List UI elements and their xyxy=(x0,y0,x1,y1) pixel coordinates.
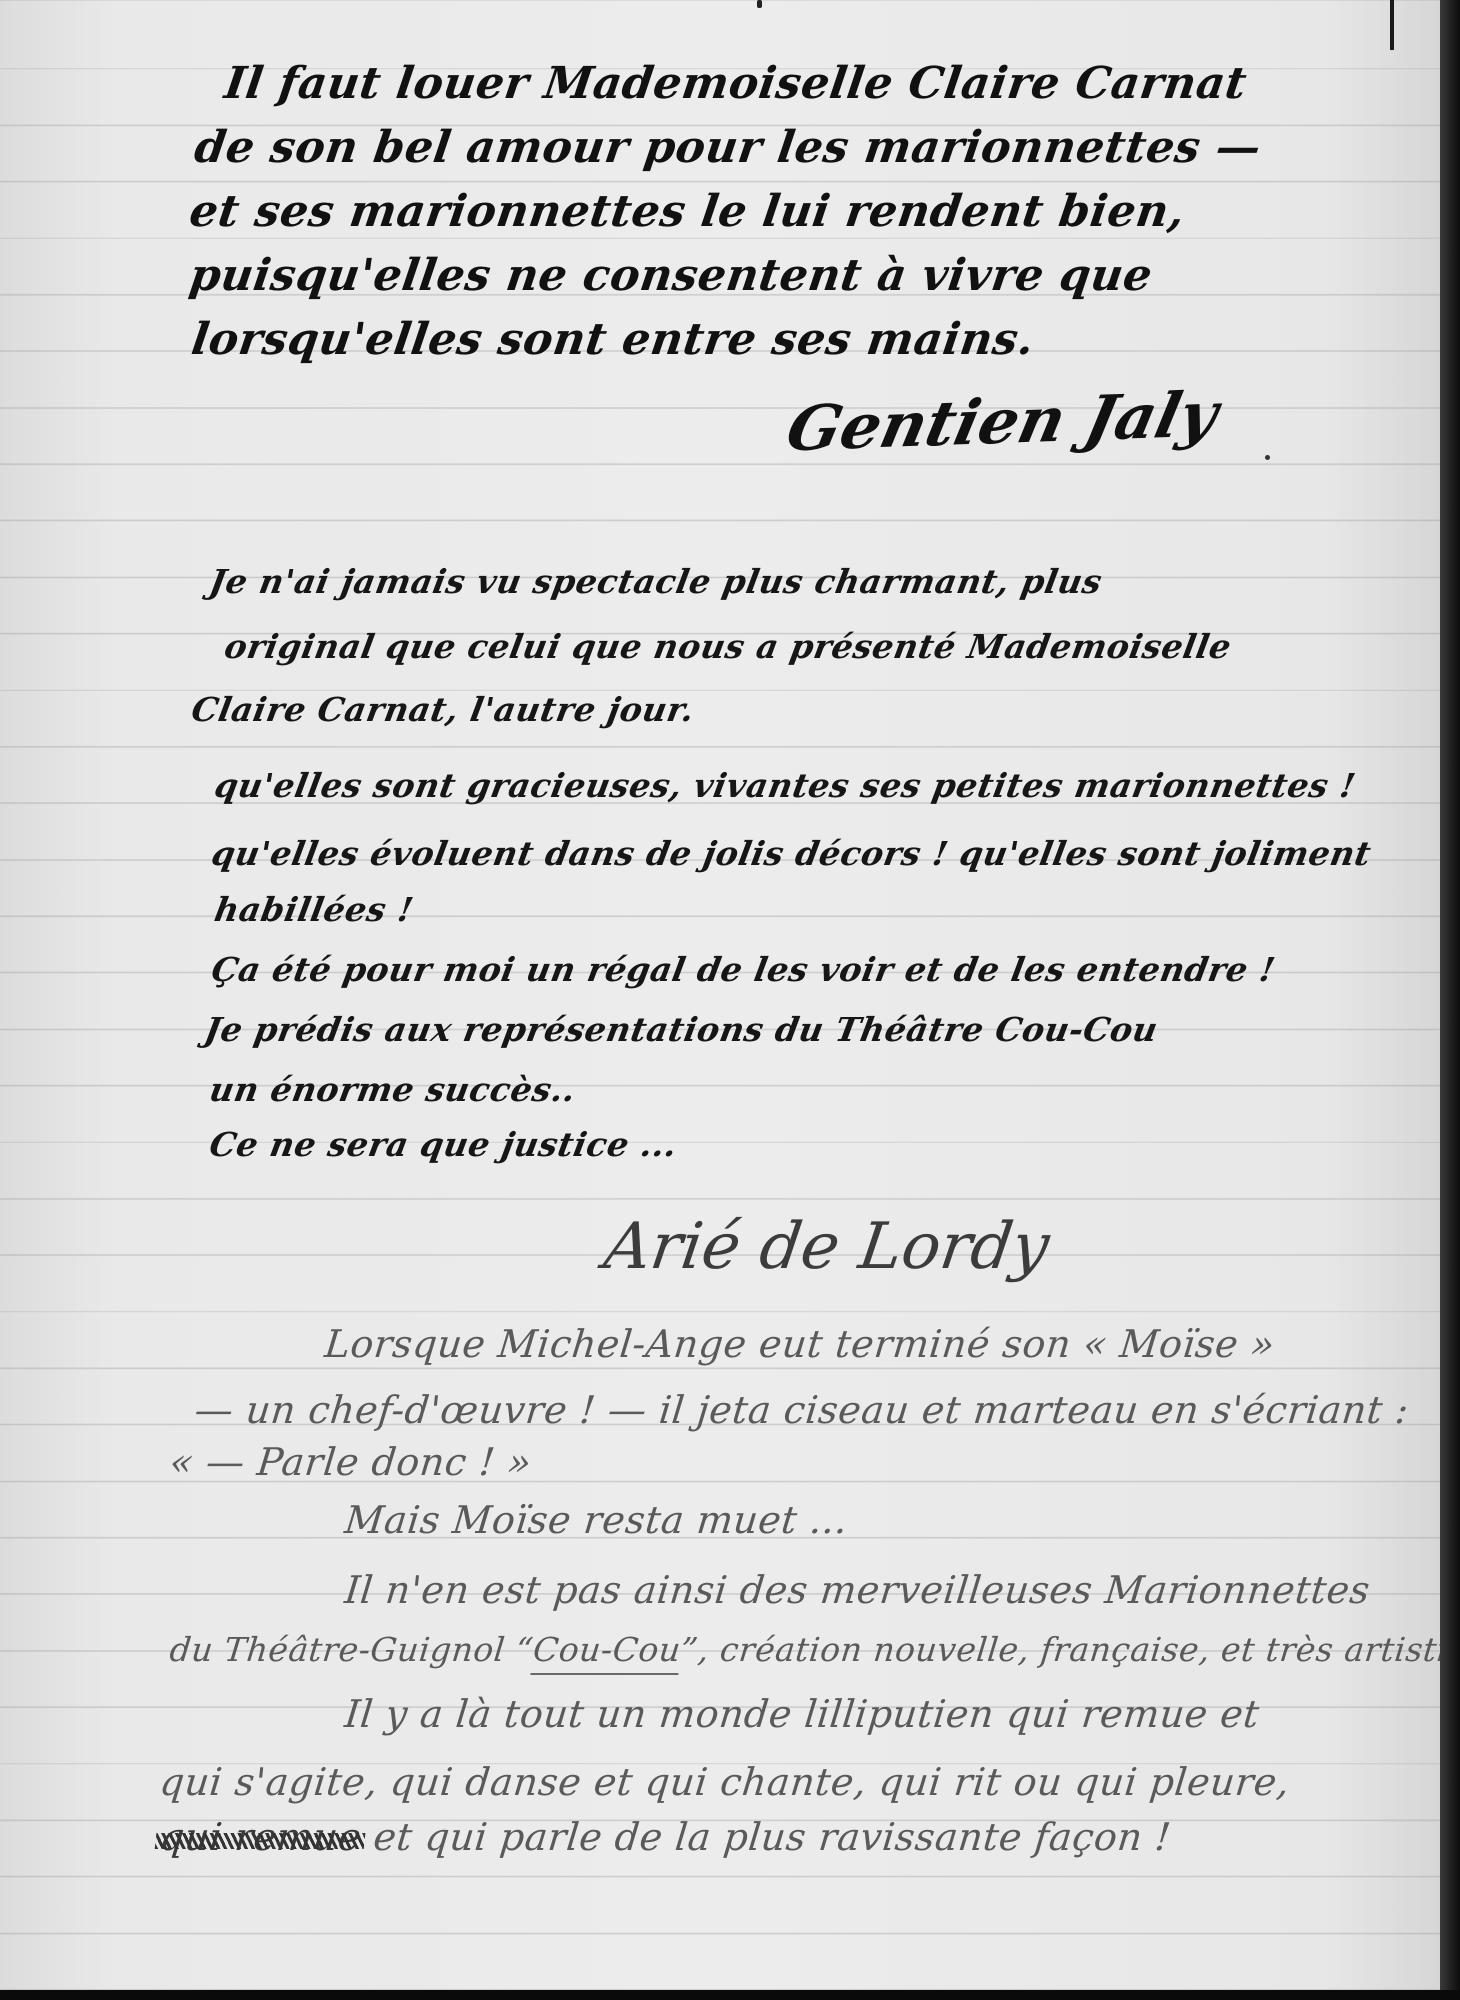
line6-suffix: ”, création nouvelle, française, et très… xyxy=(679,1630,1440,1669)
entry1-signature: Gentien Jaly xyxy=(780,378,1224,466)
entry2-line-4: qu'elles sont gracieuses, vivantes ses p… xyxy=(212,766,1359,805)
crossed-out-text: qui remue xyxy=(158,1815,364,1859)
entry2-line-1: Je n'ai jamais vu spectacle plus charman… xyxy=(207,562,1106,601)
entry2-line-6: habillées ! xyxy=(212,890,417,929)
entry1-line-2: de son bel amour pour les marionnettes — xyxy=(191,122,1264,173)
entry1-line-5: lorsqu'elles sont entre ses mains. xyxy=(188,314,1037,365)
entry3-line-9: qui remue et qui parle de la plus raviss… xyxy=(158,1815,1174,1859)
entry3-line-3: « — Parle donc ! » xyxy=(168,1440,534,1484)
entry2-line-3: Claire Carnat, l'autre jour. xyxy=(189,690,698,729)
ink-mark-top xyxy=(757,0,762,8)
entry2-line-10: Ce ne sera que justice ... xyxy=(207,1125,681,1164)
line9-rest: et qui parle de la plus ravissante façon… xyxy=(359,1815,1173,1859)
entry2-signature: Arié de Lordy xyxy=(600,1210,1054,1284)
ink-stroke-top-right xyxy=(1390,0,1394,50)
line6-prefix: du Théâtre-Guignol “ xyxy=(168,1630,535,1669)
entry2-line-2: original que celui que nous a présenté M… xyxy=(222,627,1235,666)
entry3-line-8: qui s'agite, qui danse et qui chante, qu… xyxy=(158,1760,1292,1804)
underlined-cou-cou: Cou-Cou xyxy=(531,1630,683,1675)
entry1-line-1: Il faut louer Mademoiselle Claire Carnat xyxy=(221,58,1249,109)
entry3-line-2: — un chef-d'œuvre ! — il jeta ciseau et … xyxy=(193,1388,1411,1432)
scan-border-right xyxy=(1440,0,1460,2000)
entry2-line-9: un énorme succès.. xyxy=(207,1070,579,1109)
entry2-line-8: Je prédis aux représentations du Théâtre… xyxy=(202,1010,1161,1049)
entry3-line-4: Mais Moïse resta muet ... xyxy=(343,1498,850,1542)
entry1-line-4: puisqu'elles ne consentent à vivre que xyxy=(186,250,1155,301)
ink-dot xyxy=(1265,455,1270,460)
entry2-line-5: qu'elles évoluent dans de jolis décors !… xyxy=(209,834,1375,873)
entry3-line-1: Lorsque Michel-Ange eut terminé son « Mo… xyxy=(323,1322,1277,1366)
scan-border-bottom xyxy=(0,1990,1460,2000)
manuscript-page: Il faut louer Mademoiselle Claire Carnat… xyxy=(0,0,1440,1990)
entry2-line-7: Ça été pour moi un régal de les voir et … xyxy=(209,950,1279,989)
entry3-line-5: Il n'en est pas ainsi des merveilleuses … xyxy=(343,1568,1372,1612)
entry3-line-6: du Théâtre-Guignol “Cou-Cou”, création n… xyxy=(168,1630,1440,1669)
entry1-line-3: et ses marionnettes le lui rendent bien, xyxy=(186,186,1188,237)
entry3-line-7: Il y a là tout un monde lilliputien qui … xyxy=(343,1692,1262,1736)
